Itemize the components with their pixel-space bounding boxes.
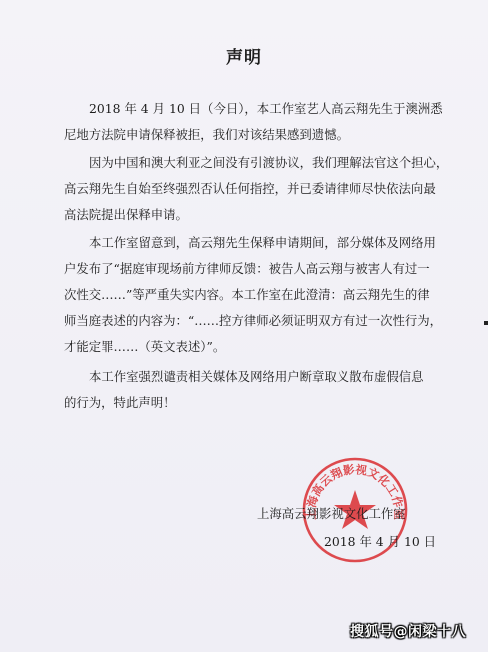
paragraph-line: 户发布了“据庭审现场前方律师反馈：被告人高云翔与被害人有过一: [64, 256, 428, 282]
watermark-text: 搜狐号@闲梁十八: [350, 621, 466, 641]
paragraph-line: 本工作室强烈谴责相关媒体及网络用户断章取义散布虚假信息: [64, 364, 428, 390]
paragraph-line: 次性交……”等严重失实内容。本工作室在此澄清：高云翔先生的律: [64, 282, 428, 308]
paragraph-line: 本工作室留意到，高云翔先生保释申请期间，部分媒体及网络用: [64, 230, 428, 256]
signature-date: 2018 年 4 月 10 日: [324, 532, 436, 550]
paragraph-line: 尼地方法院申请保释被拒，我们对该结果感到遗憾。: [64, 122, 428, 148]
scan-speck: [484, 321, 488, 325]
paragraph-4: 本工作室强烈谴责相关媒体及网络用户断章取义散布虚假信息 的行为，特此声明！: [64, 364, 428, 416]
paragraph-line: 才能定罪……（英文表述）”。: [64, 334, 428, 360]
paragraph-line: 高云翔先生自始至终强烈否认任何指控，并已委请律师尽快依法向最: [64, 176, 428, 202]
signature-organization: 上海高云翔影视文化工作室: [257, 504, 406, 522]
paragraph-line: 因为中国和澳大利亚之间没有引渡协议，我们理解法官这个担心，: [64, 150, 428, 176]
paragraph-line: 2018 年 4 月 10 日（今日），本工作室艺人高云翔先生于澳洲悉: [64, 96, 428, 122]
paragraph-1: 2018 年 4 月 10 日（今日），本工作室艺人高云翔先生于澳洲悉 尼地方法…: [64, 96, 428, 148]
paragraph-line: 的行为，特此声明！: [64, 390, 428, 416]
document-page: 声明 2018 年 4 月 10 日（今日），本工作室艺人高云翔先生于澳洲悉 尼…: [0, 0, 488, 652]
paragraph-line: 师当庭表述的内容为：“……控方律师必须证明双方有过一次性行为，: [64, 308, 428, 334]
paragraph-line: 高法院提出保释申请。: [64, 202, 428, 228]
paragraph-2: 因为中国和澳大利亚之间没有引渡协议，我们理解法官这个担心， 高云翔先生自始至终强…: [64, 150, 428, 228]
paragraph-3: 本工作室留意到，高云翔先生保释申请期间，部分媒体及网络用 户发布了“据庭审现场前…: [64, 230, 428, 360]
document-title: 声明: [0, 43, 488, 68]
